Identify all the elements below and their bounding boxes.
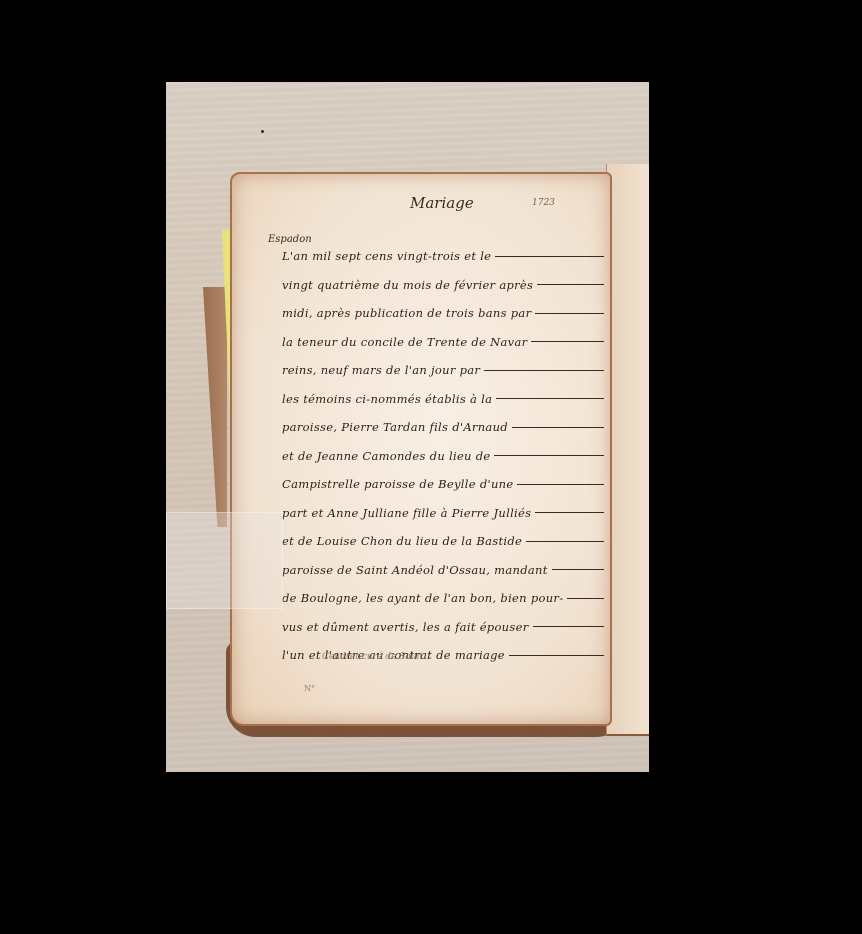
page-heading: Mariage xyxy=(410,194,474,212)
register-page: Mariage 1723 Espadon L'an mil sept cens … xyxy=(230,172,612,726)
wood-knot xyxy=(261,130,264,133)
text-line: reins, neuf mars de l'an jour par xyxy=(282,356,604,385)
text-line: part et Anne Julliane fille à Pierre Jul… xyxy=(282,499,604,528)
manuscript-photo: Mariage 1723 Espadon L'an mil sept cens … xyxy=(166,82,649,772)
text-line: vingt quatrième du mois de février après xyxy=(282,271,604,300)
text-line: la teneur du concile de Trente de Navar xyxy=(282,328,604,357)
text-line: midi, après publication de trois bans pa… xyxy=(282,299,604,328)
text-line: L'an mil sept cens vingt-trois et le xyxy=(282,242,604,271)
text-line: les témoins ci-nommés établis à la xyxy=(282,385,604,414)
transparent-tape xyxy=(166,512,283,609)
footer-signature: Cendret curé de Saint... xyxy=(322,652,432,662)
text-line: et de Louise Chon du lieu de la Bastide xyxy=(282,527,604,556)
text-line: Campistrelle paroisse de Beylle d'une xyxy=(282,470,604,499)
facing-page-edge xyxy=(606,164,649,736)
page-year: 1723 xyxy=(532,198,555,208)
text-line: et de Jeanne Camondes du lieu de xyxy=(282,442,604,471)
text-line: paroisse, Pierre Tardan fils d'Arnaud xyxy=(282,413,604,442)
text-line: vus et dûment avertis, les a fait épouse… xyxy=(282,613,604,642)
text-line: de Boulogne, les ayant de l'an bon, bien… xyxy=(282,584,604,613)
handwritten-entry: L'an mil sept cens vingt-trois et le vin… xyxy=(282,242,604,670)
footer-mark: N° xyxy=(304,684,315,693)
text-line: paroisse de Saint Andéol d'Ossau, mandan… xyxy=(282,556,604,585)
